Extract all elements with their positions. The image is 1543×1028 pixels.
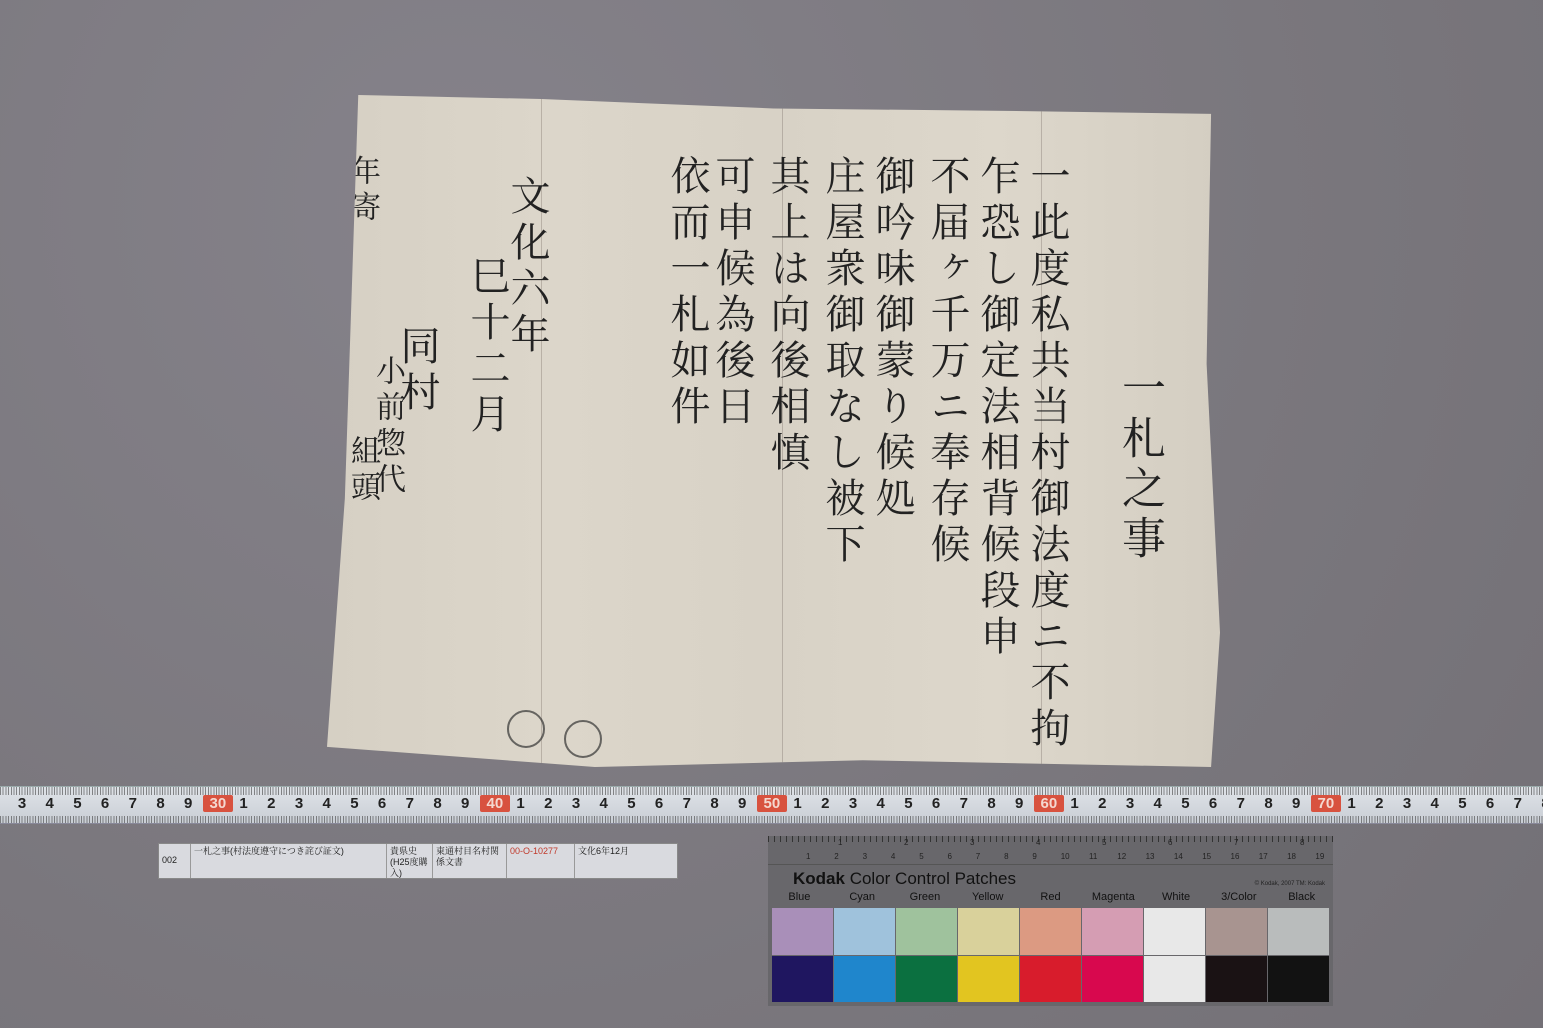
kodak-title: Kodak Color Control Patches xyxy=(793,869,1016,889)
kodak-cm-tick: 13 xyxy=(1146,852,1155,861)
tape-number: 3 xyxy=(9,795,35,812)
kodak-cm-tick: 15 xyxy=(1202,852,1211,861)
label-collection: 東通村目名村関係文書 xyxy=(433,844,507,878)
tape-number: 8 xyxy=(425,795,451,812)
calligraphy-column: 依而一札如件 xyxy=(667,155,707,431)
tape-number: 8 xyxy=(148,795,174,812)
tape-number: 70 xyxy=(1311,795,1341,812)
tape-number: 40 xyxy=(480,795,510,812)
tape-number: 7 xyxy=(397,795,423,812)
patch-name: Cyan xyxy=(831,891,894,905)
color-patch xyxy=(772,956,833,1003)
kodak-inch-tick: 5 xyxy=(1102,838,1106,847)
patch-name: Yellow xyxy=(956,891,1019,905)
color-patches xyxy=(772,908,1329,1002)
kodak-cm-tick: 19 xyxy=(1315,852,1324,861)
tape-number: 9 xyxy=(452,795,478,812)
patch-names: BlueCyanGreenYellowRedMagentaWhite3/Colo… xyxy=(768,891,1333,905)
tape-ticks xyxy=(0,816,1543,823)
color-patch xyxy=(1144,956,1205,1003)
tape-number: 6 xyxy=(646,795,672,812)
color-patch xyxy=(834,956,895,1003)
kodak-inch-tick: 8 xyxy=(1300,838,1304,847)
tape-number: 1 xyxy=(231,795,257,812)
kodak-inch-tick: 2 xyxy=(904,838,908,847)
tape-number: 2 xyxy=(535,795,561,812)
kodak-cm-tick: 16 xyxy=(1231,852,1240,861)
calligraphy-column: 文化六年 xyxy=(507,175,547,359)
calligraphy-column: 巳十二月 xyxy=(467,255,507,439)
kodak-color-card: 1234567891011121314151617181912345678 Ko… xyxy=(768,836,1333,1006)
color-patch xyxy=(958,956,1019,1003)
label-date: 文化6年12月 xyxy=(575,844,677,878)
color-patch xyxy=(896,908,957,955)
calligraphy-column: 一札之事 xyxy=(1117,365,1161,565)
patch-name: Red xyxy=(1019,891,1082,905)
label-id: 00-O-10277 xyxy=(507,844,575,878)
tape-number: 2 xyxy=(812,795,838,812)
calligraphy-column: 御吟味御蒙り候処 xyxy=(872,155,912,523)
kodak-cm-tick: 7 xyxy=(976,852,980,861)
tape-number: 1 xyxy=(1062,795,1088,812)
tape-number: 6 xyxy=(369,795,395,812)
tape-number: 4 xyxy=(1422,795,1448,812)
calligraphy-column: 乍恐し御定法相背候段申 xyxy=(977,155,1017,661)
kodak-inch-tick: 3 xyxy=(970,838,974,847)
patch-name: White xyxy=(1145,891,1208,905)
calligraphy-column: 不届ヶ千万ニ奉存候 xyxy=(927,155,967,569)
kodak-cm-tick: 12 xyxy=(1117,852,1126,861)
color-patch xyxy=(896,956,957,1003)
calligraphy-column: 可申候為後日 xyxy=(712,155,752,431)
calligraphy-column: 組頭 xyxy=(347,435,377,507)
kodak-cm-tick: 5 xyxy=(919,852,923,861)
tape-number: 3 xyxy=(1394,795,1420,812)
color-patch xyxy=(1144,908,1205,955)
tape-number: 9 xyxy=(1006,795,1032,812)
color-patch xyxy=(1020,956,1081,1003)
kodak-cm-tick: 17 xyxy=(1259,852,1268,861)
measuring-tape: 3456789301234567894012345678950123456789… xyxy=(0,786,1543,824)
tape-number: 3 xyxy=(563,795,589,812)
color-patch xyxy=(1082,908,1143,955)
kodak-inch-tick: 1 xyxy=(838,838,842,847)
kodak-cm-tick: 9 xyxy=(1032,852,1036,861)
tape-number: 8 xyxy=(1256,795,1282,812)
tape-ticks xyxy=(0,787,1543,795)
tape-number: 6 xyxy=(1200,795,1226,812)
kodak-cm-tick: 3 xyxy=(863,852,867,861)
tape-number: 6 xyxy=(923,795,949,812)
patch-name: Green xyxy=(894,891,957,905)
tape-number: 9 xyxy=(175,795,201,812)
tape-number: 7 xyxy=(674,795,700,812)
seal-stamp xyxy=(507,710,545,748)
calligraphy-column: 其上は向後相慎 xyxy=(767,155,807,477)
tape-number: 7 xyxy=(1505,795,1531,812)
kodak-inch-tick: 4 xyxy=(1036,838,1040,847)
patch-name: Black xyxy=(1270,891,1333,905)
tape-number: 1 xyxy=(785,795,811,812)
tape-number: 8 xyxy=(1533,795,1543,812)
calligraphy-column: 庄屋衆御取なし被下 xyxy=(822,155,862,569)
tape-number: 7 xyxy=(951,795,977,812)
kodak-cm-tick: 10 xyxy=(1061,852,1070,861)
color-patch xyxy=(834,908,895,955)
tape-number: 1 xyxy=(508,795,534,812)
kodak-cm-tick: 6 xyxy=(948,852,952,861)
tape-number: 30 xyxy=(203,795,233,812)
tape-number: 2 xyxy=(1089,795,1115,812)
kodak-cm-tick: 18 xyxy=(1287,852,1296,861)
tape-number: 8 xyxy=(702,795,728,812)
patch-name: 3/Color xyxy=(1207,891,1270,905)
tape-number: 6 xyxy=(1477,795,1503,812)
historical-document: 一札之事一此度私共当村御法度ニ不拘乍恐し御定法相背候段申不届ヶ千万ニ奉存候御吟味… xyxy=(327,95,1220,767)
tape-number: 50 xyxy=(757,795,787,812)
label-source: 貴県史(H25度購入) xyxy=(387,844,433,878)
tape-number: 9 xyxy=(1283,795,1309,812)
color-patch xyxy=(1206,956,1267,1003)
color-patch xyxy=(1268,908,1329,955)
kodak-cm-tick: 1 xyxy=(806,852,810,861)
tape-number: 5 xyxy=(618,795,644,812)
tape-number: 4 xyxy=(868,795,894,812)
color-patch xyxy=(958,908,1019,955)
catalog-label: 002 一札之事(村法度遵守につき詫び証文) 貴県史(H25度購入) 東通村目名… xyxy=(158,843,678,879)
tape-number: 7 xyxy=(120,795,146,812)
tape-number: 3 xyxy=(286,795,312,812)
color-patch xyxy=(772,908,833,955)
calligraphy-column: 年寄 xyxy=(347,155,377,227)
patch-name: Blue xyxy=(768,891,831,905)
kodak-inch-tick: 7 xyxy=(1234,838,1238,847)
kodak-cm-tick: 8 xyxy=(1004,852,1008,861)
tape-number: 9 xyxy=(729,795,755,812)
color-patch xyxy=(1020,908,1081,955)
kodak-cm-tick: 14 xyxy=(1174,852,1183,861)
tape-number: 8 xyxy=(979,795,1005,812)
tape-number: 4 xyxy=(1145,795,1171,812)
tape-number: 1 xyxy=(1339,795,1365,812)
tape-number: 4 xyxy=(37,795,63,812)
tape-number: 5 xyxy=(1449,795,1475,812)
label-number: 002 xyxy=(159,844,191,878)
color-patch xyxy=(1082,956,1143,1003)
patch-name: Magenta xyxy=(1082,891,1145,905)
seal-stamp xyxy=(564,720,602,758)
tape-number: 6 xyxy=(92,795,118,812)
tape-number: 2 xyxy=(1366,795,1392,812)
tape-number: 5 xyxy=(1172,795,1198,812)
tape-number: 60 xyxy=(1034,795,1064,812)
tape-number: 2 xyxy=(258,795,284,812)
tape-number: 5 xyxy=(64,795,90,812)
tape-number: 5 xyxy=(341,795,367,812)
kodak-cm-tick: 2 xyxy=(834,852,838,861)
kodak-inch-tick: 6 xyxy=(1168,838,1172,847)
tape-number: 3 xyxy=(840,795,866,812)
tape-number: 5 xyxy=(895,795,921,812)
tape-number: 7 xyxy=(1228,795,1254,812)
kodak-cm-tick: 11 xyxy=(1089,852,1097,861)
kodak-cm-tick: 4 xyxy=(891,852,895,861)
kodak-copyright: © Kodak, 2007 TM: Kodak xyxy=(1255,881,1325,887)
kodak-ruler xyxy=(768,836,1333,865)
tape-number: 4 xyxy=(591,795,617,812)
tape-number: 4 xyxy=(314,795,340,812)
calligraphy-column: 一此度私共当村御法度ニ不拘 xyxy=(1027,155,1067,753)
tape-number: 3 xyxy=(1117,795,1143,812)
color-patch xyxy=(1268,956,1329,1003)
label-title: 一札之事(村法度遵守につき詫び証文) xyxy=(191,844,387,878)
color-patch xyxy=(1206,908,1267,955)
